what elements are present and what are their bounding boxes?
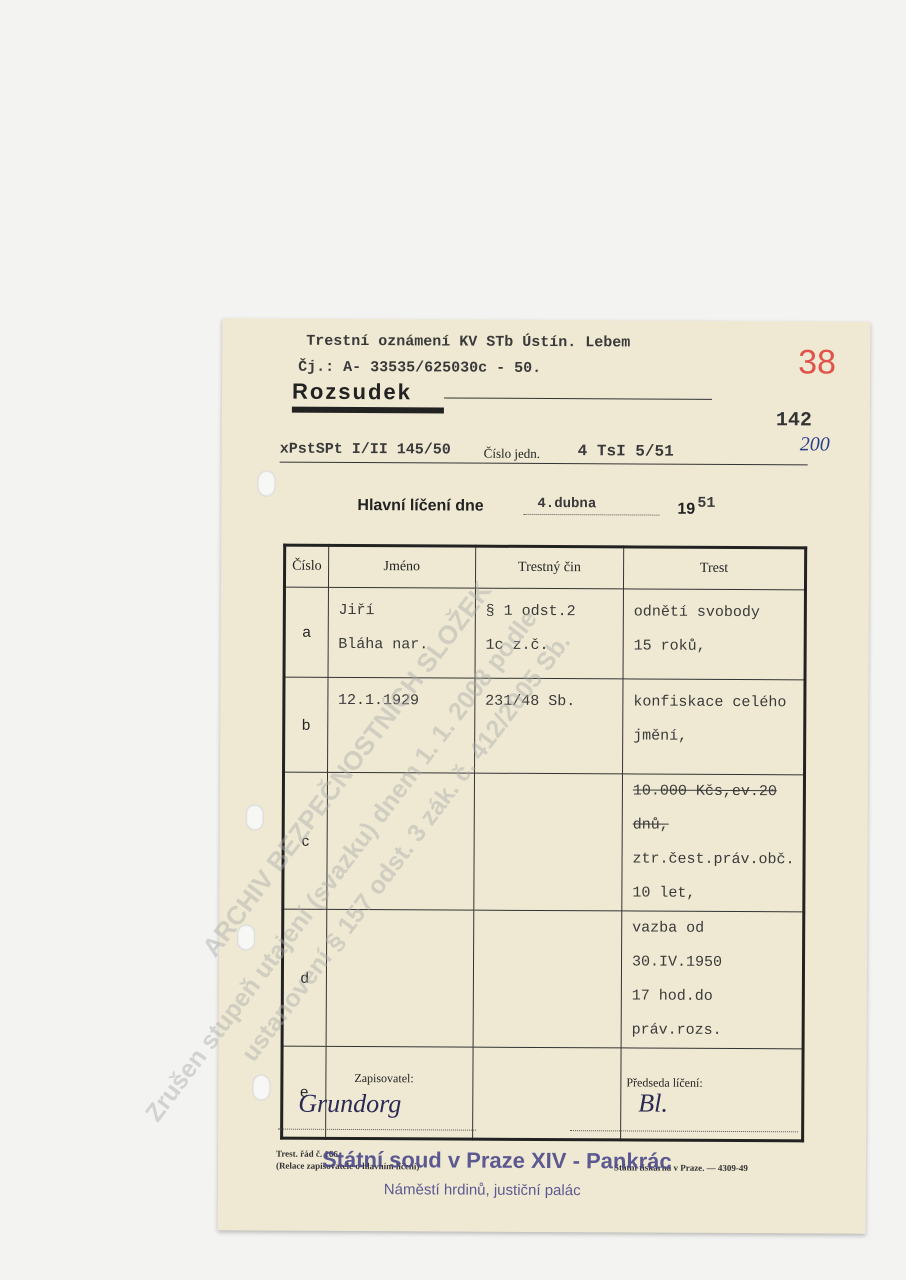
hearing-date: 4.dubna <box>537 496 596 512</box>
typed-header-line1: Trestní oznámení KV STb Ústín. Lebem <box>306 333 630 352</box>
hearing-year-suffix: 51 <box>697 495 715 512</box>
divider <box>444 397 712 399</box>
punch-hole <box>252 1074 270 1100</box>
chair-signature: Bl. <box>638 1088 668 1118</box>
column-header-sentence: Trest <box>623 547 805 590</box>
crime-cell <box>473 910 622 1048</box>
table-header-row: Číslo Jméno Trestný čin Trest <box>284 545 805 590</box>
court-stamp-line2: Náměstí hrdinů, justiční palác <box>384 1181 581 1199</box>
handwritten-page-number: 38 <box>798 343 836 382</box>
case-number-value: 4 TsI 5/51 <box>578 442 674 461</box>
document-title: Rozsudek <box>292 379 412 406</box>
reference-number: xPstSPt I/II 145/50 <box>280 441 451 459</box>
handwritten-blue-number: 200 <box>800 433 830 456</box>
case-number-underline <box>484 463 808 466</box>
hearing-label: Hlavní líčení dne <box>357 497 483 516</box>
sentence-cell: konfiskace celéhojmění, <box>622 679 805 775</box>
punch-hole <box>257 470 275 496</box>
dotted-line <box>523 514 659 516</box>
typed-header-line2: Čj.: A- 33535/625030c - 50. <box>298 359 541 377</box>
case-number-label: Číslo jedn. <box>484 446 540 462</box>
column-header-number: Číslo <box>284 545 328 587</box>
recorder-signature: Grundorg <box>298 1089 401 1120</box>
sentence-cell: 10.000 Kčs,ev.20 dnů,ztr.čest.práv.obč.1… <box>622 774 805 912</box>
sentence-cell: odnětí svobody15 roků, <box>623 589 805 680</box>
column-header-name: Jméno <box>328 545 475 588</box>
stamped-number: 142 <box>776 409 812 432</box>
column-header-crime: Trestný čin <box>475 546 623 589</box>
crime-cell <box>472 1047 621 1140</box>
punch-hole <box>246 804 264 830</box>
hearing-year-prefix: 19 <box>677 501 695 519</box>
court-verdict-form: Trestní oznámení KV STb Ústín. Lebem Čj.… <box>218 318 871 1233</box>
title-underline <box>292 407 444 414</box>
sentence-cell: vazba od 30.IV.195017 hod.do práv.rozs. <box>621 911 804 1049</box>
reference-underline <box>280 462 484 464</box>
court-stamp-line1: Státní soud v Praze XIV - Pankrác <box>322 1147 672 1175</box>
row-label: a <box>284 587 328 677</box>
recorder-label: Zapisovatel: <box>354 1071 413 1086</box>
row-label: b <box>284 677 328 772</box>
crime-cell <box>474 773 623 911</box>
